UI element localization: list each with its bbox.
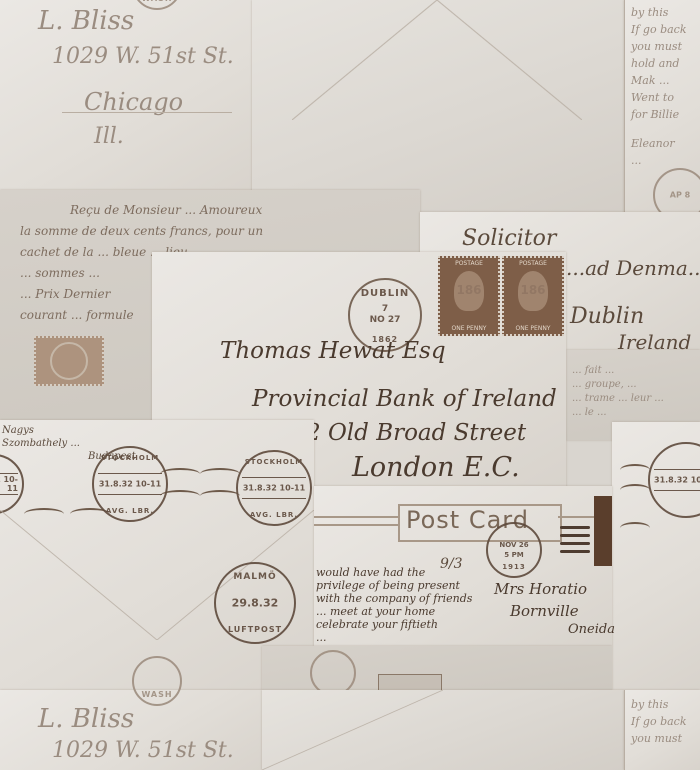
addr-line-3: 2 Old Broad Street [306,420,526,446]
note-lines: by this If go back you must hold and Mak… [631,4,687,169]
state: Ill. [94,124,124,149]
queen-portrait-icon [454,271,484,311]
post-card: Post Card NOV 26 5 PM 1913 9/3 would hav… [314,486,612,646]
post-card-stamp [594,496,612,566]
bottom-right-note: by this If go back you must [624,690,700,770]
underline [62,112,232,113]
addressee-repeat: L. Bliss [38,704,134,734]
right-line-2: Dublin [570,304,644,329]
addr-line-1: Thomas Hewat Esq [220,338,446,364]
envelope-flap-bottom [262,690,624,770]
addr-line-4: London E.C. [352,452,520,483]
penny-stamp-1: POSTAGE 186 ONE PENNY [438,256,500,336]
street: 1029 W. 51st St. [52,44,234,69]
street-repeat: 1029 W. 51st St. [52,738,234,763]
stockholm-postmark-1: 31.8.32 10-11 [0,454,24,514]
bottom-center-envelope [262,690,624,770]
stockholm-postmark-4: 31.8.32 10-11 [648,442,700,518]
penny-stamp-2: POSTAGE 186 ONE PENNY [502,256,564,336]
pc-address-2: Bornville [510,602,579,620]
wash-postmark-repeat: WASH [132,656,182,706]
pc-address-1: Mrs Horatio [494,580,587,598]
right-letter-text: ... fait ... ... groupe, ... ... trame .… [572,364,664,420]
owatonna-postmark: NOV 26 5 PM 1913 [486,522,542,578]
addr-line-2: Provincial Bank of Ireland [252,386,557,412]
queen-portrait-icon [518,271,548,311]
bottom-strip [262,646,612,690]
small-faded-stamp [34,336,104,386]
pc-address-3: Oneida [568,622,615,637]
header-word: Solicitor [462,226,556,251]
envelope-flap [292,0,582,120]
wash-postmark: WASH [132,0,182,10]
top-center-envelope [252,0,624,212]
right-line-1: ...ad Denma... [566,256,700,280]
bottom-left-envelope: L. Bliss 1029 W. 51st St. WASH [0,690,262,770]
top-right-note: by this If go back you must hold and Mak… [624,0,700,215]
post-card-message: would have had the privilege of being pr… [316,566,472,644]
addressee: L. Bliss [38,6,134,36]
malmo-luftpost-postmark: MALMÖ 29.8.32 LUFTPOST [214,562,296,644]
top-left-envelope: L. Bliss 1029 W. 51st St. Chicago Ill. W… [0,0,262,190]
note-lines-repeat: by this If go back you must [631,696,687,747]
swedish-envelope-right: 31.8.32 10-11 [612,422,700,690]
